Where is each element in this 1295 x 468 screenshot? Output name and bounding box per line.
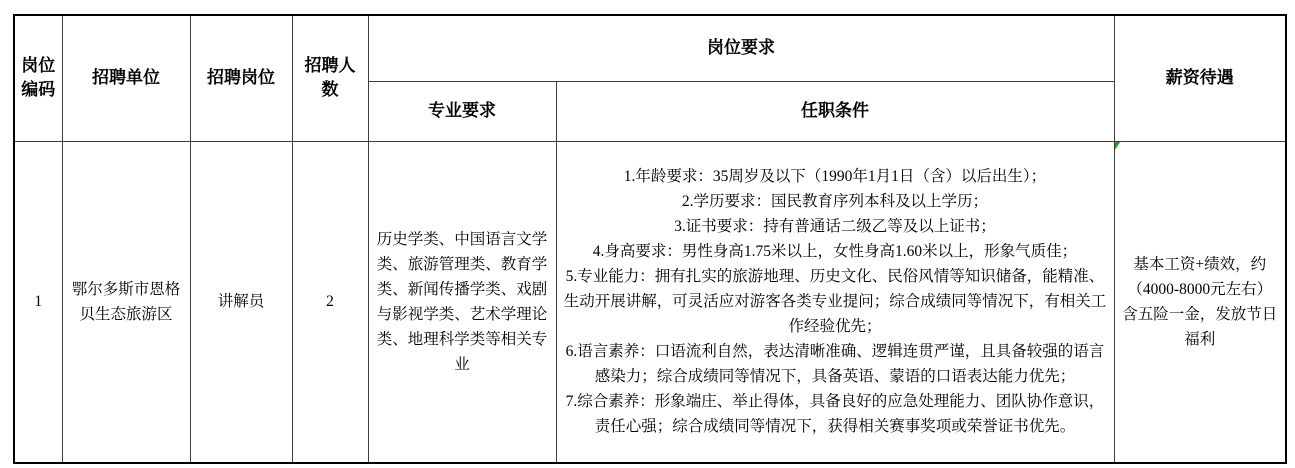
table-row: 1 鄂尔多斯市恩格贝生态旅游区 讲解员 2 历史学类、中国语言文学类、旅游管理类… [14,141,1286,463]
cell-salary: 基本工资+绩效，约（4000-8000元左右）含五险一金，发放节日福利 [1114,141,1286,463]
recruitment-table: 岗位编码 招聘单位 招聘岗位 招聘人数 岗位要求 薪资待遇 专业要求 任职条件 … [13,14,1287,464]
qualification-item-7: 7.综合素养：形象端庄、举止得体，具备良好的应急处理能力、团队协作意识，责任心强… [563,389,1108,439]
cell-error-indicator-icon [1115,142,1121,151]
header-recruiting-unit: 招聘单位 [62,15,190,141]
cell-recruiting-unit: 鄂尔多斯市恩格贝生态旅游区 [62,141,190,463]
header-position-code: 岗位编码 [14,15,62,141]
cell-headcount: 2 [292,141,368,463]
cell-qualifications: 1.年龄要求：35周岁及以下（1990年1月1日（含）以后出生）； 2.学历要求… [556,141,1114,463]
header-position: 招聘岗位 [190,15,292,141]
qualification-item-1: 1.年龄要求：35周岁及以下（1990年1月1日（含）以后出生）； [563,164,1108,189]
qualification-item-2: 2.学历要求：国民教育序列本科及以上学历； [563,189,1108,214]
header-major-requirements: 专业要求 [368,81,556,141]
header-salary: 薪资待遇 [1114,15,1286,141]
cell-major-requirements: 历史学类、中国语言文学类、旅游管理类、教育学类、新闻传播学类、戏剧与影视学类、艺… [368,141,556,463]
qualification-item-3: 3.证书要求：持有普通话二级乙等及以上证书； [563,214,1108,239]
qualification-item-5: 5.专业能力：拥有扎实的旅游地理、历史文化、民俗风情等知识储备，能精准、生动开展… [563,264,1108,339]
table-header: 岗位编码 招聘单位 招聘岗位 招聘人数 岗位要求 薪资待遇 专业要求 任职条件 [14,15,1286,141]
header-requirements-group: 岗位要求 [368,15,1114,81]
salary-text: 基本工资+绩效，约（4000-8000元左右）含五险一金，发放节日福利 [1122,256,1277,348]
header-headcount: 招聘人数 [292,15,368,141]
cell-position: 讲解员 [190,141,292,463]
qualification-item-4: 4.身高要求：男性身高1.75米以上，女性身高1.60米以上，形象气质佳； [563,239,1108,264]
qualification-item-6: 6.语言素养：口语流利自然，表达清晰准确、逻辑连贯严谨，且具备较强的语言感染力；… [563,339,1108,389]
cell-position-code: 1 [14,141,62,463]
header-qualifications: 任职条件 [556,81,1114,141]
